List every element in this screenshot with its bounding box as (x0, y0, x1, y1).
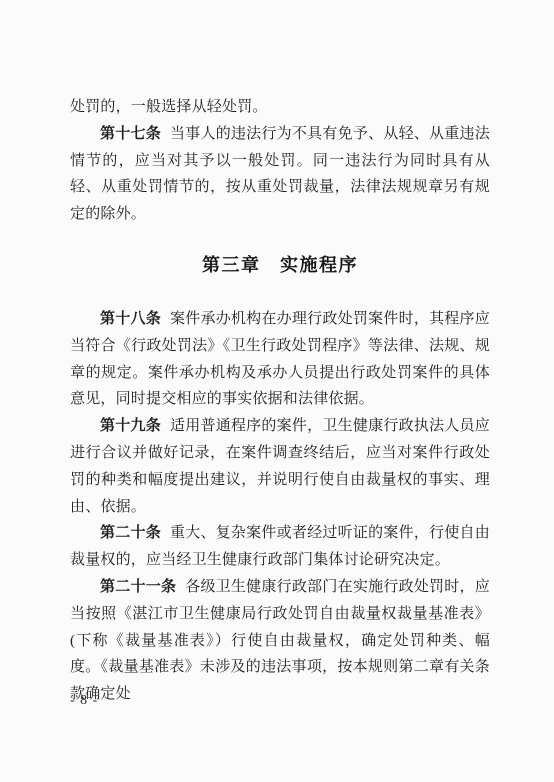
intro-paragraph: 处罚的，一般选择从轻处罚。 (70, 94, 490, 121)
article-21: 第二十一条各级卫生健康行政部门在实施行政处罚时，应当按照《湛江市卫生健康局行政处… (70, 574, 490, 708)
chapter-heading: 第三章 实施程序 (70, 250, 490, 280)
article-18-label: 第十八条 (100, 310, 161, 327)
article-17: 第十七条当事人的违法行为不具有免予、从轻、从重违法情节的，应当对其予以一般处罚。… (70, 121, 490, 228)
article-21-text: 各级卫生健康行政部门在实施行政处罚时，应当按照《湛江市卫生健康局行政处罚自由裁量… (70, 579, 490, 702)
article-20-label: 第二十条 (100, 524, 161, 541)
article-19-label: 第十九条 (100, 417, 161, 434)
article-20: 第二十条重大、复杂案件或者经过听证的案件，行使自由裁量权的，应当经卫生健康行政部… (70, 520, 490, 574)
document-page: 处罚的，一般选择从轻处罚。 第十七条当事人的违法行为不具有免予、从轻、从重违法情… (0, 0, 554, 782)
article-17-label: 第十七条 (100, 125, 161, 142)
page-number: - 8 - (70, 693, 98, 709)
article-21-label: 第二十一条 (100, 578, 176, 595)
article-19: 第十九条适用普通程序的案件，卫生健康行政执法人员应进行合议并做好记录，在案件调查… (70, 413, 490, 520)
article-18: 第十八条案件承办机构在办理行政处罚案件时，其程序应当符合《行政处罚法》《卫生行政… (70, 306, 490, 413)
